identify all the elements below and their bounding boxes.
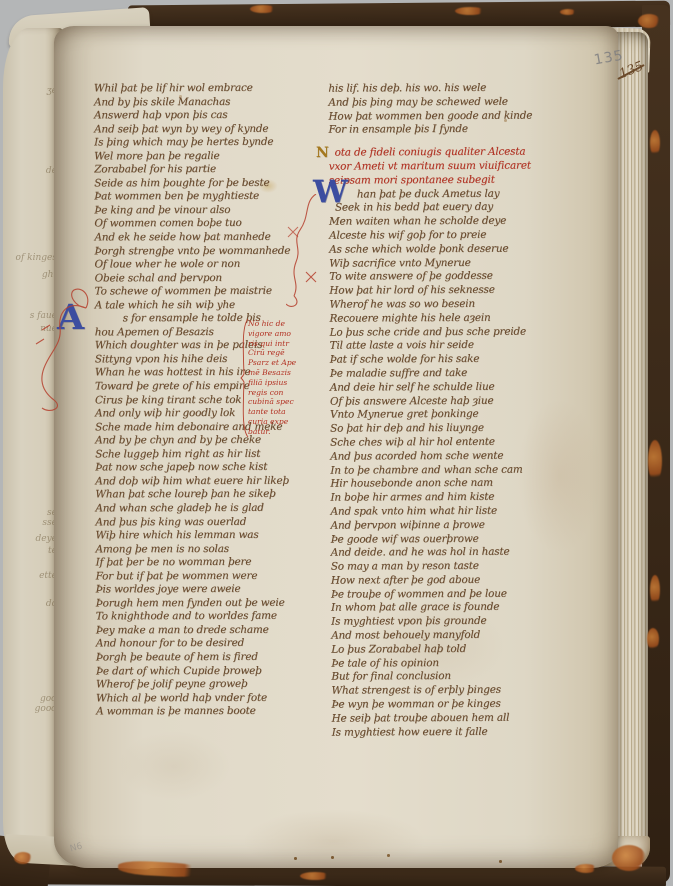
- gloss-line: mē Besazis: [248, 368, 306, 378]
- verse-line: Zorababel for his partie: [94, 163, 306, 177]
- gloss-line: cubinā spec: [248, 397, 306, 407]
- verse-line: Þorgh strengþe vnto þe wommanhede: [94, 244, 306, 258]
- verse-line: Til atte laste a vois hir seide: [330, 339, 556, 354]
- verse-line: And spak vnto him what hir liste: [330, 504, 556, 519]
- verse-line: So may a man by reson taste: [331, 560, 557, 575]
- verse-line: Men waiten whan he scholde deye: [329, 215, 555, 230]
- verse-line: Þe wyn þe womman or þe kinges: [332, 697, 558, 712]
- verse-line: And doþ wiþ him what euere hir likeþ: [95, 474, 307, 488]
- verse-line: But for final conclusion: [331, 670, 557, 685]
- verse-line: Seide as him þoughte for þe beste: [94, 176, 306, 190]
- facing-page-text-fragments: ʒedeof kingesghts fauenuesessedeyeteette…: [0, 0, 62, 886]
- verse-line: And þis þing may be schewed wele: [328, 95, 554, 110]
- verse-line: And deide. and he was hol in haste: [331, 546, 557, 561]
- board-wear-spot: [455, 7, 485, 15]
- gloss-line: tante tota: [248, 407, 306, 417]
- board-wear-spot: [575, 864, 597, 873]
- board-wear-spot: [300, 872, 330, 880]
- verse-line: Þe trouþe of wommen and þe loue: [331, 587, 557, 602]
- gloss-line: Psarz et Ape: [248, 358, 306, 368]
- board-wear-spot: [560, 9, 576, 15]
- verse-line: Wherof he was so wo besein: [329, 297, 555, 312]
- verse-line: Þorgh þe beaute of hem is fired: [96, 651, 308, 665]
- latin-marginal-gloss: Nō hic devigore amoris qui intrCirū regē…: [248, 319, 306, 437]
- verse-line: What strengest is of erþly þinges: [331, 684, 557, 699]
- gloss-line: ris qui intr: [248, 339, 306, 349]
- verse-line: his lif. his deþ. his wo. his wele: [328, 81, 554, 96]
- verse-line: And þus acorded hom sche wente: [330, 449, 556, 464]
- verse-line: seipsam mori spontanee subegit: [329, 173, 555, 188]
- verse-line: And whan sche gladeþ he is glad: [95, 502, 307, 516]
- verse-line: Recouere mighte his hele aȝein: [329, 311, 555, 326]
- verse-line: Of þis answere Alceste haþ ȝiue: [330, 394, 556, 409]
- verse-line: Þe maladie suffre and take: [330, 366, 556, 381]
- verse-line: Alceste his wif goþ for to preie: [329, 228, 555, 243]
- gloss-line: Nō hic de: [248, 319, 306, 329]
- verse-line: Sche luggeþ him right as hir list: [95, 447, 307, 461]
- verse-line: In boþe hir armes and him kiste: [330, 491, 556, 506]
- gloss-line: filiā ipsius: [248, 378, 306, 388]
- verse-line: And deie hir self he schulde liue: [330, 380, 556, 395]
- red-pen-trial-mark: [286, 225, 302, 241]
- verse-line: Hir housebonde anon sche nam: [330, 477, 556, 492]
- verse-line: Among þe men is no solas: [95, 542, 307, 556]
- verse-line: And seiþ þat wyn by wey of kynde: [94, 122, 306, 136]
- verse-line: Þe dart of which Cupide þroweþ: [96, 664, 308, 678]
- verse-line: Vnto Mynerue gret þonkinge: [330, 408, 556, 423]
- verse-line: Obeie schal and þervpon: [95, 271, 307, 285]
- board-wear-spot: [648, 440, 662, 482]
- verse-line: And þus þis king was ouerlad: [95, 515, 307, 529]
- gloss-line: Cirū regē: [248, 348, 306, 358]
- gloss-brace: [240, 318, 249, 438]
- verse-line: Wiþ hire which his lemman was: [95, 529, 307, 543]
- verse-line: Answerd haþ vpon þis cas: [94, 109, 306, 123]
- verse-line: Is myghtiest vpon þis grounde: [331, 615, 557, 630]
- verse-line: Þe goode wif was ouerþrowe: [331, 532, 557, 547]
- gloss-line: batur.: [248, 427, 306, 437]
- gloss-line: regis con: [248, 388, 306, 398]
- verse-line: vxor Ameti vt maritum suum viuificaret: [329, 159, 555, 174]
- verse-line: Lo þus sche cride and þus sche preide: [330, 325, 556, 340]
- verse-line: Wel more þan þe regalie: [94, 149, 306, 163]
- verse-line: And honour for to be desired: [96, 637, 308, 651]
- verse-line: Þorugh hem men fynden out þe weie: [96, 596, 308, 610]
- rubric-initial-n: N: [316, 146, 329, 160]
- verse-line: Of loue wher he wole or non: [95, 258, 307, 272]
- verse-line: So þat hir deþ and his liuynge: [330, 422, 556, 437]
- verse-line: han þat þe duck Ametus lay: [329, 187, 555, 202]
- gloss-line: curia expe: [248, 417, 306, 427]
- verse-line: And most behouely manyfold: [331, 628, 557, 643]
- verse-line: A tale which he sih wiþ yhe: [95, 298, 307, 312]
- verse-line: Is þing which may þe hertes bynde: [94, 136, 306, 150]
- verse-line: And ek he seide how þat manhede: [94, 231, 306, 245]
- verse-line: How þat wommen ben goode and kinde: [328, 109, 554, 124]
- verse-line: ota de fideli coniugis qualiter Alcesta: [329, 146, 555, 161]
- verse-line: Þe tale of his opinion: [331, 656, 557, 671]
- verse-line: Seek in his bedd þat euery day: [329, 201, 555, 216]
- verse-line: Whil þat þe lif hir wol embrace: [94, 82, 306, 96]
- verse-line: Is myghtiest how euere it falle: [332, 725, 558, 740]
- verse-line: A womman is þe mannes boote: [96, 705, 308, 719]
- verse-line: Þat now sche japeþ now sche kist: [95, 461, 307, 475]
- verse-line: Sche ches wiþ al hir hol entente: [330, 435, 556, 450]
- verse-line: Whan þat sche loureþ þan he sikeþ: [95, 488, 307, 502]
- verse-line: For in ensample þis I fynde: [328, 123, 554, 138]
- verse-line: In whom þat alle grace is founde: [331, 601, 557, 616]
- verse-line: As sche which wolde þonk deserue: [329, 242, 555, 257]
- text-column-right: his lif. his deþ. his wo. his weleAnd þi…: [328, 81, 557, 740]
- verse-line: To schewe of wommen þe maistrie: [95, 285, 307, 299]
- verse-line: For but if þat þe wommen were: [96, 569, 308, 583]
- verse-line: He seiþ þat trouþe abouen hem all: [332, 711, 558, 726]
- verse-line: To knighthode and to worldes fame: [96, 610, 308, 624]
- verse-line: Þat wommen ben þe myghtieste: [94, 190, 306, 204]
- verse-line: And by þis skile Manachas: [94, 95, 306, 109]
- verse-line: Þis worldes joye were aweie: [96, 583, 308, 597]
- verse-line: Wiþ sacrifice vnto Mynerue: [329, 256, 555, 271]
- ink-specks: [0, 0, 1, 1]
- red-penwork-flourish-w: [286, 194, 330, 314]
- verse-line: Þat if sche wolde for his sake: [330, 353, 556, 368]
- board-wear-spot: [14, 852, 32, 864]
- board-wear-spot: [250, 5, 276, 13]
- board-wear-spot: [650, 575, 660, 605]
- verse-line: How þat hir lord of his seknesse: [329, 284, 555, 299]
- verse-line: And þervpon wiþinne a þrowe: [331, 518, 557, 533]
- verse-line: If þat þer be no womman þere: [96, 556, 308, 570]
- verse-line: Þe king and þe vinour also: [94, 204, 306, 218]
- verse-line: How next after þe god aboue: [331, 573, 557, 588]
- board-wear-spot: [638, 14, 660, 28]
- verse-line: Of wommen comen boþe tuo: [94, 217, 306, 231]
- board-wear-spot: [650, 130, 660, 156]
- verse-line: Which al þe world haþ vnder fote: [96, 691, 308, 705]
- verse-line: Lo þus Zorababel haþ told: [331, 642, 557, 657]
- red-penwork-flourish-a: [28, 280, 100, 412]
- verse-line: To wite answere of þe goddesse: [329, 270, 555, 285]
- gloss-line: vigore amo: [248, 329, 306, 339]
- facing-page-text-fragment: of kinges: [16, 253, 57, 263]
- verse-line: Þey make a man to drede schame: [96, 624, 308, 638]
- verse-line: Wherof þe jolif peyne groweþ: [96, 678, 308, 692]
- board-wear-spot: [612, 845, 646, 871]
- manuscript-photo: ʒedeof kingesghts fauenuesessedeyeteette…: [0, 0, 673, 886]
- verse-line: In to þe chambre and whan sche cam: [330, 463, 556, 478]
- board-wear-spot: [647, 628, 659, 650]
